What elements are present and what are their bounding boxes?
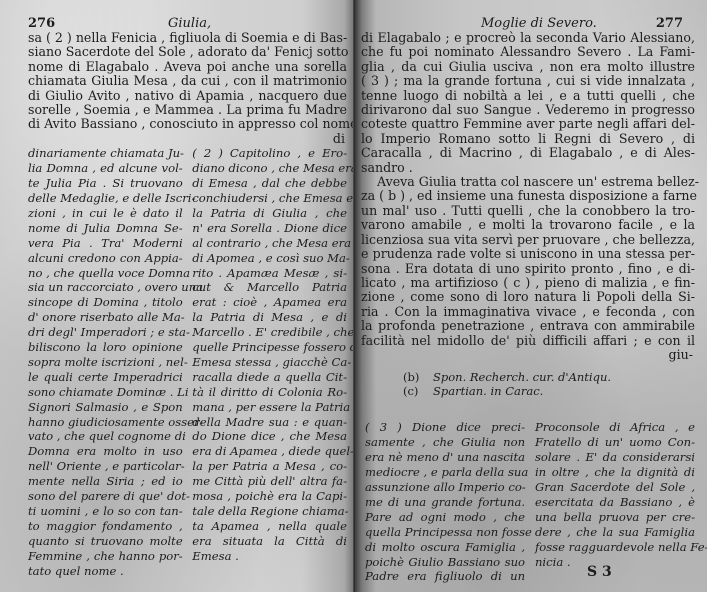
note-line: diano dicono , che Mesa era: [192, 161, 347, 176]
text-line: za ( b ) , ed insieme una funesta dispos…: [361, 189, 695, 203]
note-line: no , che quella voce Domna: [28, 266, 183, 281]
text-line: licato , ma artifizioso ( c ) , pieno di…: [361, 276, 695, 290]
note-line: conchiudersi , che Emesa era: [192, 191, 347, 206]
text-line: licenziosa sua vita servì per pruovare ,…: [361, 233, 695, 247]
text-line: Aveva Giulia tratta col nascere un' estr…: [361, 175, 695, 189]
note-line: Pare ad ogni modo , che: [365, 510, 525, 525]
note-line: Domna era molto in uso: [28, 444, 183, 459]
text-line: di Giulio Avito , nativo di Apamia , nac…: [28, 89, 347, 103]
catchword-right: giu-: [361, 348, 695, 362]
note-line: erat : cioè , Apamea era: [192, 295, 347, 310]
note-line: nicia .: [535, 555, 695, 570]
text-line: glia , da cui Giulia usciva , non era mo…: [361, 60, 695, 74]
note-line: me di una grande fortuna.: [365, 495, 525, 510]
text-line: sa ( 2 ) nella Fenicia , figliuola di So…: [28, 31, 347, 45]
running-head-title-left: Giulia,: [168, 16, 211, 31]
note-line: mediocre , e parla della sua: [365, 465, 525, 480]
note-line: tà il diritto di Colonia Ro-: [192, 385, 347, 400]
note-line: di Apomea , e così suo Ma-: [192, 251, 347, 266]
text-line: lo Imperio Romano sotto li Regni di Seve…: [361, 132, 695, 146]
note-line: alcuni credono con Appia-: [28, 251, 183, 266]
note-line: vato , che quel cognome di: [28, 429, 183, 444]
note-line: hanno giudiciosamente osser-: [28, 415, 183, 430]
note-line: sincope di Domina , titolo: [28, 295, 183, 310]
note-line: Emesa .: [192, 549, 347, 564]
footnote-column-2: Proconsole di Africa , e Fratello di un'…: [535, 420, 695, 584]
footnote-mark: (c): [403, 384, 433, 398]
text-line: nome di Elagabalo . Aveva poi anche una …: [28, 60, 347, 74]
note-line: zioni , in cui le è dato il: [28, 206, 183, 221]
note-line: era di Apamea , diede quel-: [192, 444, 347, 459]
note-line: samente , che Giulia non: [365, 435, 525, 450]
note-line: Fratello di un' uomo Con-: [535, 435, 695, 450]
note-line: sono del parere di que' dot-: [28, 489, 183, 504]
page-number-left: 276: [28, 16, 55, 31]
page-number-right: 277: [656, 16, 683, 31]
footnote-text: Spon. Recherch. cur. d'Antiqu.: [433, 370, 611, 384]
right-running-head: Moglie di Severo. 277: [361, 16, 695, 31]
note-line: la per Patria a Mesa , co-: [192, 459, 347, 474]
note-line: quella Principessa non fosse: [365, 525, 525, 540]
note-line: Emesa stessa , giacchè Ca-: [192, 355, 347, 370]
note-line: al contrario , che Mesa era: [192, 236, 347, 251]
text-line: zione , come sono di loro natura li Popo…: [361, 290, 695, 304]
note-line: della Madre sua : e quan-: [192, 415, 347, 430]
note-line: dere , che la sua Famiglia: [535, 525, 695, 540]
footnote-text: Spartian. in Carac.: [433, 384, 543, 398]
text-line: Caracalla , di Macrino , di Elagabalo , …: [361, 146, 695, 160]
footnote-column-1: dinariamente chiamata Ju- lia Domna , ed…: [28, 146, 183, 578]
note-line: me Città più dell' altra fa-: [192, 474, 347, 489]
left-running-head: 276 Giulia,: [28, 16, 347, 31]
note-line: una bella pruova per cre-: [535, 510, 695, 525]
note-line: la Patria di Mesa , e di: [192, 310, 347, 325]
printer-signature: S 3: [587, 564, 612, 580]
note-line: sopra molte iscrizioni , nel-: [28, 355, 183, 370]
text-line: di Elagabalo ; e procreò la seconda Vari…: [361, 31, 695, 45]
right-footnotes: ( 3 ) Dione dice preci- samente , che Gi…: [361, 420, 695, 584]
note-line: ti uomini , e lo so con tan-: [28, 504, 183, 519]
text-line: sorelle , Soemia , e Mammea . La prima f…: [28, 103, 347, 117]
note-line: Gran Sacerdote del Sole ,: [535, 480, 695, 495]
note-line: te Julia Pia . Si truovano: [28, 176, 183, 191]
text-line: che fu poi nominato Alessandro Severo . …: [361, 45, 695, 59]
note-line: to maggior fondamento ,: [28, 519, 183, 534]
note-line: la Patria di Giulia , che: [192, 206, 347, 221]
note-line: mosa , poichè era la Capi-: [192, 489, 347, 504]
note-line: cut & Marcello Patria: [192, 280, 347, 295]
note-line: ( 3 ) Dione dice preci-: [365, 420, 525, 435]
note-line: ta Apamea , nella quale: [192, 519, 347, 534]
text-line: ( 3 ) ; ma la grande fortuna , cui si vi…: [361, 74, 695, 88]
note-line: fosse ragguardevole nella Fe-: [535, 540, 695, 555]
note-line: era nè meno d' una nascita: [365, 450, 525, 465]
note-line: vera Pia . Tra' Moderni: [28, 236, 183, 251]
book-spread: 276 Giulia, sa ( 2 ) nella Fenicia , fig…: [0, 0, 707, 592]
text-line: ria . Con la immaginativa vivace , e fec…: [361, 305, 695, 319]
note-line: poichè Giulio Bassiano suo: [365, 555, 525, 570]
text-line: sandro .: [361, 161, 695, 175]
note-line: sono chiamate Dominæ . Li: [28, 385, 183, 400]
note-line: d' onore riserbato alle Ma-: [28, 310, 183, 325]
left-body-text: sa ( 2 ) nella Fenicia , figliuola di So…: [28, 31, 347, 146]
note-line: assunzione allo Imperio co-: [365, 480, 525, 495]
note-line: le quali certe Imperadrici: [28, 370, 183, 385]
catchword-left: di: [28, 132, 347, 146]
note-line: quelle Principesse fossero di: [192, 340, 347, 355]
note-line: quanto si truovano molte: [28, 534, 183, 549]
note-line: delle Medaglie, e delle Iscri-: [28, 191, 183, 206]
note-line: Padre era figliuolo di un: [365, 569, 525, 584]
note-line: di Emesa , dal che debbe: [192, 176, 347, 191]
note-line: nell' Oriente , e particolar-: [28, 459, 183, 474]
text-line: la profonda penetrazione , entrava con a…: [361, 319, 695, 333]
note-line: tato quel nome .: [28, 564, 183, 579]
note-line: Marcello . E' credibile , che: [192, 325, 347, 340]
note-line: n' era Sorella . Dione dice: [192, 221, 347, 236]
left-footnotes: dinariamente chiamata Ju- lia Domna , ed…: [28, 146, 347, 578]
note-line: lia Domna , ed alcune vol-: [28, 161, 183, 176]
note-line: racalla diede a quella Cit-: [192, 370, 347, 385]
note-line: esercitata da Bassiano , è: [535, 495, 695, 510]
text-line: di Avito Bassiano , conosciuto in appres…: [28, 117, 347, 131]
note-line: in oltre , che la dignità di: [535, 465, 695, 480]
text-line: varono amabile , e molti la trovarono fa…: [361, 218, 695, 232]
text-line: siano Sacerdote del Sole , adorato da' F…: [28, 45, 347, 59]
running-head-title-right: Moglie di Severo.: [481, 16, 597, 31]
note-line: mana , per essere la Patria: [192, 400, 347, 415]
text-line: chiamata Giulia Mesa , da cui , con il m…: [28, 74, 347, 88]
note-line: era situata la Città di: [192, 534, 347, 549]
text-line: un mal' uso . Tutti quelli , che la cono…: [361, 204, 695, 218]
footnote-mark: (b): [403, 370, 433, 384]
note-line: mente nella Siria ; ed io: [28, 474, 183, 489]
note-line: Signori Salmasio , e Spon: [28, 400, 183, 415]
note-line: Proconsole di Africa , e: [535, 420, 695, 435]
note-line: solare . E' da considerarsi: [535, 450, 695, 465]
note-line: dinariamente chiamata Ju-: [28, 146, 183, 161]
text-line: facilità nel midollo de' più difficili a…: [361, 334, 695, 348]
footnote-column-2: ( 2 ) Capitolino , e Ero- diano dicono ,…: [192, 146, 347, 578]
note-line: biliscono la loro opinione: [28, 340, 183, 355]
footnote-column-1: ( 3 ) Dione dice preci- samente , che Gi…: [365, 420, 525, 584]
text-line: sona . Era dotata di uno spirito pronto …: [361, 262, 695, 276]
text-line: e prudenza rade volte si uniscono in una…: [361, 247, 695, 261]
right-body-text: di Elagabalo ; e procreò la seconda Vari…: [361, 31, 695, 362]
text-line: coteste quattro Femmine aver parte negli…: [361, 117, 695, 131]
text-line: tenne luogo di nobiltà a lei , e a tutti…: [361, 89, 695, 103]
footnote-c: (c)Spartian. in Carac.: [403, 384, 695, 398]
note-line: do Dione dice , che Mesa: [192, 429, 347, 444]
note-line: Femmine , che hanno por-: [28, 549, 183, 564]
right-page: Moglie di Severo. 277 di Elagabalo ; e p…: [355, 0, 707, 592]
note-line: sia un raccorciato , overo una: [28, 280, 183, 295]
text-line: dirivarono dal suo Sangue . Vederemo in …: [361, 103, 695, 117]
note-line: nome di Julia Domna Se-: [28, 221, 183, 236]
note-line: ( 2 ) Capitolino , e Ero-: [192, 146, 347, 161]
footnotes-b-c: (b)Spon. Recherch. cur. d'Antiqu. (c)Spa…: [361, 370, 695, 398]
footnote-b: (b)Spon. Recherch. cur. d'Antiqu.: [403, 370, 695, 384]
note-line: dri degl' Imperadori ; e sta-: [28, 325, 183, 340]
note-line: rito . Apamæa Mesæ , si-: [192, 266, 347, 281]
note-line: di molto oscura Famiglia ,: [365, 540, 525, 555]
note-line: tale della Regione chiama-: [192, 504, 347, 519]
left-page: 276 Giulia, sa ( 2 ) nella Fenicia , fig…: [0, 0, 355, 592]
